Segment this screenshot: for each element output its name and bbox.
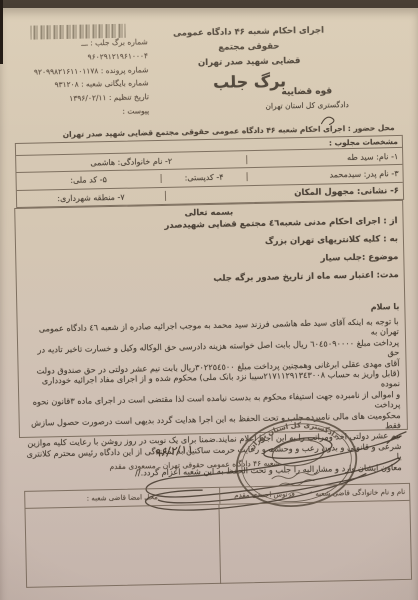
judge-table-body <box>26 501 412 588</box>
subject-address: ۶- نشانی: مجهول المکان <box>165 186 403 201</box>
signature-place-label: محل امضا قاضی شعبه : <box>25 492 219 504</box>
from-line: از : اجرای احکام مدنی شعبه٤٦ مجتمع قضایی… <box>164 216 397 231</box>
validity-line: مدت: اعتبار سه ماه از تاریخ صدور برگه جل… <box>213 270 399 284</box>
subject-father-name: ۳- نام پدر: سیدمحمد <box>246 169 402 181</box>
judge-empty-cell <box>218 501 411 584</box>
document-photo: شماره برگ جلب : ـــ ۹۶۰۲۹۱۲۱۹۶۱۰۰۰۴ شمار… <box>0 0 418 600</box>
subject-family-name: ۲- نام خانوادگی: هاشمی <box>16 155 246 169</box>
judiciary-block: قوه قضاییه دادگستری کل استان تهران <box>251 85 364 113</box>
salutation: با سلام <box>371 302 400 312</box>
subject-postal-code: ۴- کدپستی: <box>161 172 247 183</box>
subject-district: ۷- منطقه شهرداری: <box>17 191 165 203</box>
subject-line: موضوع :جلب سیار <box>320 252 398 264</box>
judge-name: فرنوش احمدی مقدم <box>234 490 295 499</box>
document-meta-block: شماره برگ جلب : ـــ ۹۶۰۲۹۱۲۱۹۶۱۰۰۰۴ شمار… <box>17 35 150 121</box>
justice-department: دادگستری کل استان تهران <box>251 98 363 113</box>
issuer-line-2: قضایی شهید صدر تهران <box>160 53 338 72</box>
subject-table: مشخصات مجلوب : ۱- نام: سید طه ۲- نام خان… <box>15 135 404 208</box>
signature-empty-cell <box>26 505 221 588</box>
letterhead: اجرای احکام شعبه ۴۶ دادگاه عمومی حقوقی م… <box>159 23 338 91</box>
document-content: شماره برگ جلب : ـــ ۹۶۰۲۹۱۲۱۹۶۱۰۰۰۴ شمار… <box>0 0 418 600</box>
judge-signature-table: نام و نام خانوادگی قاضی شعبه فرنوش احمدی… <box>24 483 412 588</box>
issuer-line-1: اجرای احکام شعبه ۴۶ دادگاه عمومی حقوقی م… <box>159 23 338 57</box>
letter-box: بسمه تعالی از : اجرای احکام مدنی شعبه٤٦ … <box>14 200 408 438</box>
photo-edge-shadow <box>0 0 3 64</box>
to-line: به : کلیه کلانتریهای تهران بزرگ <box>265 234 398 247</box>
judge-name-label: نام و نام خانوادگی قاضی شعبه <box>315 488 405 498</box>
attachment-label: پیوست : <box>18 104 149 121</box>
subject-name: ۱- نام: سید طه <box>246 151 402 163</box>
handwritten-mark <box>318 112 340 126</box>
subject-national-id: ۵- کد ملی: <box>17 174 161 186</box>
